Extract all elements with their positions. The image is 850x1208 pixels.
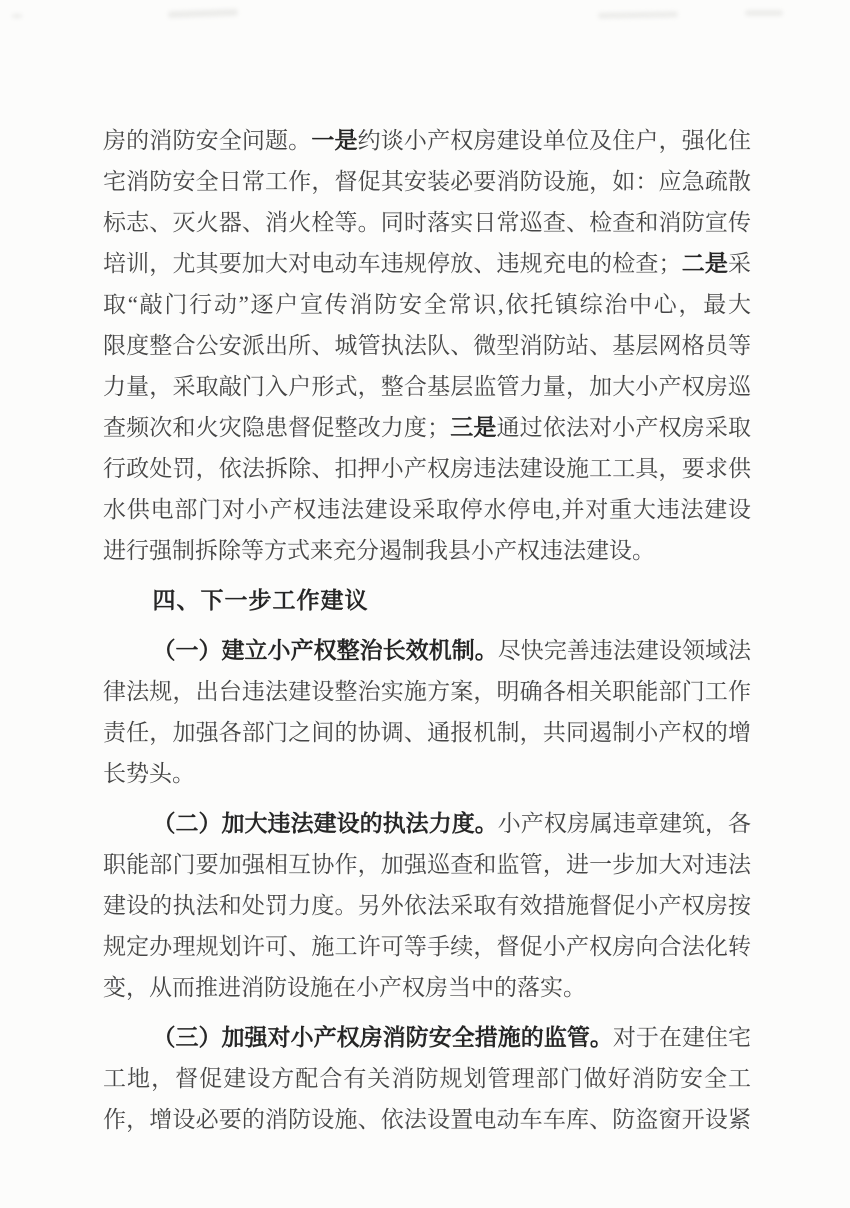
text-run: 作，增设必要的消防设施、依法设置电动车车库、防盗窗开设紧 [103, 1107, 751, 1132]
text-line: 宅消防安全日常工作，督促其安装必要消防设施，如：应急疏散 [103, 161, 751, 202]
text-run: 房的消防安全问题。 [103, 128, 311, 153]
text-run: 职能部门要加强相互协作，加强巡查和监管，进一步加大对违法 [103, 852, 751, 877]
emphasis-run: （一）建立小产权整治长效机制。 [152, 637, 497, 663]
emphasis-run: 二是 [682, 250, 728, 276]
text-line: 力量，采取敲门入户形式，整合基层监管力量，加大小产权房巡 [103, 366, 751, 407]
scan-smudge [598, 11, 678, 18]
text-run: 律法规，出台违法建设整治实施方案，明确各相关职能部门工作 [103, 679, 751, 704]
text-run: 责任，加强各部门之间的协调、通报机制，共同遏制小产权的增 [103, 720, 751, 745]
text-line: 工地，督促建设方配合有关消防规划管理部门做好消防安全工 [103, 1058, 751, 1099]
text-line: 标志、灭火器、消火栓等。同时落实日常巡查、检查和消防宣传 [103, 202, 751, 243]
text-run: 限度整合公安派出所、城管执法队、微型消防站、基层网格员等 [103, 333, 751, 358]
text-line: 长势头。 [103, 753, 751, 794]
text-line: 建设的执法和处罚力度。另外依法采取有效措施督促小产权房按 [103, 885, 751, 926]
text-line: 作，增设必要的消防设施、依法设置电动车车库、防盗窗开设紧 [103, 1099, 751, 1140]
text-line: 职能部门要加强相互协作，加强巡查和监管，进一步加大对违法 [103, 844, 751, 885]
text-run: 力量，采取敲门入户形式，整合基层监管力量，加大小产权房巡 [103, 374, 751, 399]
emphasis-run: （三）加强对小产权房消防安全措施的监管。 [152, 1024, 612, 1050]
section-heading-block: 四、下一步工作建议 [103, 580, 751, 621]
text-run: 行政处罚，依法拆除、扣押小产权房违法建设施工工具，要求供 [103, 456, 751, 481]
text-line: （三）加强对小产权房消防安全措施的监管。对于在建住宅 [103, 1017, 751, 1058]
paragraph: 房的消防安全问题。一是约谈小产权房建设单位及住户，强化住宅消防安全日常工作，督促… [103, 120, 751, 571]
text-run: 查频次和火灾隐患督促整改力度； [103, 415, 450, 440]
text-run: 工地，督促建设方配合有关消防规划管理部门做好消防安全工 [103, 1066, 751, 1091]
text-run: 小产权房属违章建筑，各 [498, 811, 751, 836]
text-run: 取“敲门行动”逐户宣传消防安全常识,依托镇综治中心，最大 [103, 292, 751, 317]
section-heading: 四、下一步工作建议 [103, 580, 751, 621]
text-run: 对于在建住宅 [613, 1025, 751, 1050]
emphasis-run: （二）加大违法建设的执法力度。 [152, 810, 497, 836]
text-line: （二）加大违法建设的执法力度。小产权房属违章建筑，各 [103, 803, 751, 844]
paragraph: （二）加大违法建设的执法力度。小产权房属违章建筑，各职能部门要加强相互协作，加强… [103, 803, 751, 1008]
scan-smudge [12, 14, 22, 18]
text-line: 规定办理规划许可、施工许可等手续，督促小产权房向合法化转 [103, 926, 751, 967]
text-line: 查频次和火灾隐患督促整改力度；三是通过依法对小产权房采取 [103, 407, 751, 448]
text-run: 宅消防安全日常工作，督促其安装必要消防设施，如：应急疏散 [103, 169, 751, 194]
text-run: 进行强制拆除等方式来充分遏制我县小产权违法建设。 [103, 538, 655, 563]
text-run: 建设的执法和处罚力度。另外依法采取有效措施督促小产权房按 [103, 893, 751, 918]
text-line: 变，从而推进消防设施在小产权房当中的落实。 [103, 967, 751, 1008]
text-line: 房的消防安全问题。一是约谈小产权房建设单位及住户，强化住 [103, 120, 751, 161]
paragraph: （一）建立小产权整治长效机制。尽快完善违法建设领域法律法规，出台违法建设整治实施… [103, 630, 751, 794]
text-line: 责任，加强各部门之间的协调、通报机制，共同遏制小产权的增 [103, 712, 751, 753]
text-line: 限度整合公安派出所、城管执法队、微型消防站、基层网格员等 [103, 325, 751, 366]
text-run: 规定办理规划许可、施工许可等手续，督促小产权房向合法化转 [103, 934, 751, 959]
text-run: 变，从而推进消防设施在小产权房当中的落实。 [103, 975, 586, 1000]
text-line: 行政处罚，依法拆除、扣押小产权房违法建设施工工具，要求供 [103, 448, 751, 489]
text-line: 培训，尤其要加大对电动车违规停放、违规充电的检查；二是采 [103, 243, 751, 284]
text-line: 进行强制拆除等方式来充分遏制我县小产权违法建设。 [103, 530, 751, 571]
scan-smudge [745, 10, 783, 16]
text-line: （一）建立小产权整治长效机制。尽快完善违法建设领域法 [103, 630, 751, 671]
emphasis-run: 三是 [450, 414, 496, 440]
text-run: 培训，尤其要加大对电动车违规停放、违规充电的检查； [103, 251, 682, 276]
text-run: 标志、灭火器、消火栓等。同时落实日常巡查、检查和消防宣传 [103, 210, 751, 235]
text-line: 律法规，出台违法建设整治实施方案，明确各相关职能部门工作 [103, 671, 751, 712]
text-run: 水供电部门对小产权违法建设采取停水停电,并对重大违法建设 [103, 497, 751, 522]
emphasis-run: 一是 [311, 127, 357, 153]
text-run: 长势头。 [103, 761, 195, 786]
text-run: 尽快完善违法建设领域法 [498, 638, 751, 663]
paragraph: （三）加强对小产权房消防安全措施的监管。对于在建住宅工地，督促建设方配合有关消防… [103, 1017, 751, 1140]
text-run: 通过依法对小产权房采取 [497, 415, 751, 440]
text-line: 水供电部门对小产权违法建设采取停水停电,并对重大违法建设 [103, 489, 751, 530]
document-body: 房的消防安全问题。一是约谈小产权房建设单位及住户，强化住宅消防安全日常工作，督促… [103, 120, 751, 1140]
text-run: 采 [728, 251, 751, 276]
text-line: 取“敲门行动”逐户宣传消防安全常识,依托镇综治中心，最大 [103, 284, 751, 325]
text-run: 约谈小产权房建设单位及住户，强化住 [358, 128, 751, 153]
document-page: 房的消防安全问题。一是约谈小产权房建设单位及住户，强化住宅消防安全日常工作，督促… [0, 0, 850, 1208]
scan-smudge [168, 9, 238, 18]
